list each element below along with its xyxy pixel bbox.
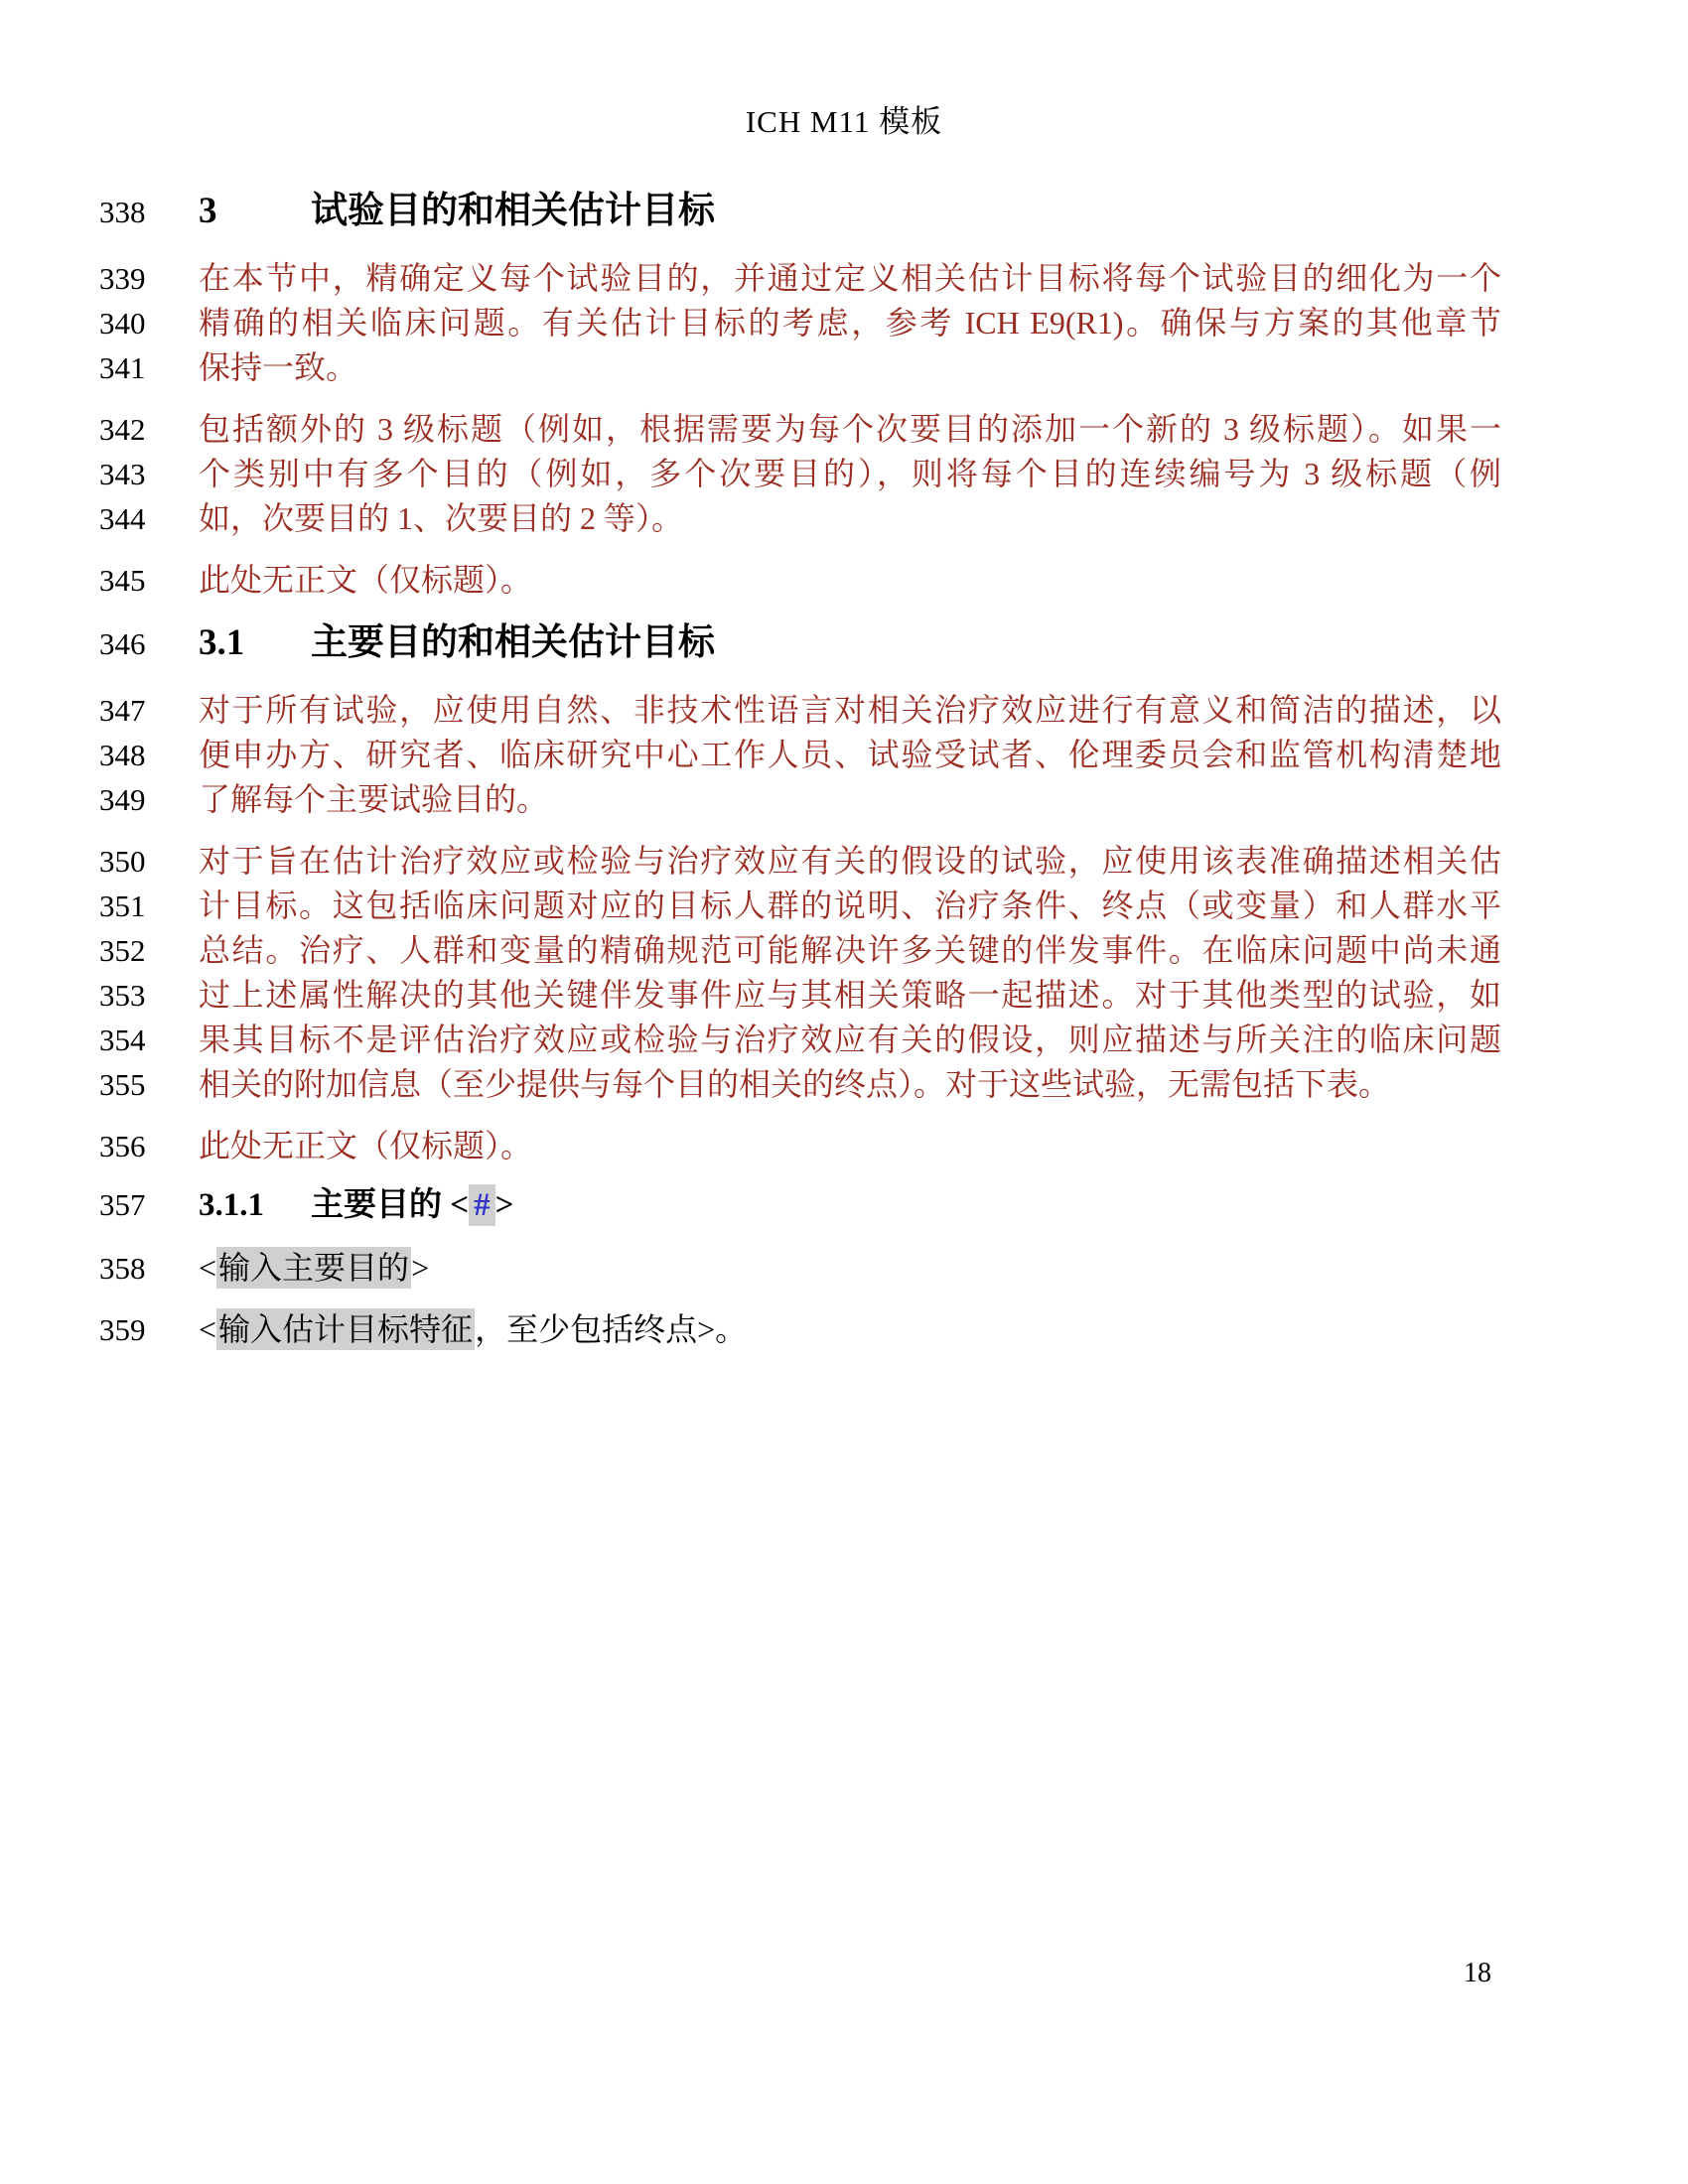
body-line: 352总结。治疗、人群和变量的精确规范可能解决许多关键的伴发事件。在临床问题中尚… bbox=[99, 928, 1501, 973]
form-placeholder-field: 输入估计目标特征 bbox=[216, 1308, 475, 1350]
body-line: 341保持一致。 bbox=[99, 345, 1501, 390]
heading-number: 3.1 bbox=[199, 616, 311, 670]
form-placeholder-field: 输入主要目的 bbox=[216, 1247, 411, 1289]
placeholder-text: > bbox=[411, 1250, 429, 1286]
line-number: 359 bbox=[99, 1308, 199, 1352]
line-text: 总结。治疗、人群和变量的精确规范可能解决许多关键的伴发事件。在临床问题中尚未通 bbox=[199, 928, 1501, 972]
heading-title: 主要目的和相关估计目标 bbox=[311, 622, 715, 663]
line-number: 347 bbox=[99, 689, 199, 733]
heading-title: > bbox=[495, 1187, 514, 1223]
line-number: 351 bbox=[99, 885, 199, 928]
body-line: 348便申办方、研究者、临床研究中心工作人员、试验受试者、伦理委员会和监管机构清… bbox=[99, 733, 1501, 777]
line-text: 相关的附加信息（至少提供与每个目的相关的终点）。对于这些试验，无需包括下表。 bbox=[199, 1062, 1501, 1106]
line-number: 338 bbox=[99, 186, 199, 239]
section-number-placeholder: # bbox=[469, 1184, 495, 1226]
body-line: 345此处无正文（仅标题）。 bbox=[99, 558, 1501, 603]
body-line: 340精确的相关临床问题。有关估计目标的考虑，参考 ICH E9(R1)。确保与… bbox=[99, 301, 1501, 345]
line-text: 3试验目的和相关估计目标 bbox=[199, 185, 1501, 238]
line-text: 了解每个主要试验目的。 bbox=[199, 777, 1501, 821]
line-number: 349 bbox=[99, 778, 199, 822]
line-text: 对于旨在估计治疗效应或检验与治疗效应有关的假设的试验，应使用该表准确描述相关估 bbox=[199, 839, 1501, 883]
document-content: 3383试验目的和相关估计目标339在本节中，精确定义每个试验目的，并通过定义相… bbox=[99, 185, 1501, 1352]
body-line: 350对于旨在估计治疗效应或检验与治疗效应有关的假设的试验，应使用该表准确描述相… bbox=[99, 839, 1501, 884]
body-line: 342包括额外的 3 级标题（例如，根据需要为每个次要目的添加一个新的 3 级标… bbox=[99, 407, 1501, 452]
body-line: 344如，次要目的 1、次要目的 2 等）。 bbox=[99, 496, 1501, 541]
body-line: 343个类别中有多个目的（例如，多个次要目的），则将每个目的连续编号为 3 级标… bbox=[99, 452, 1501, 496]
line-text: 过上述属性解决的其他关键伴发事件应与其相关策略一起描述。对于其他类型的试验，如 bbox=[199, 973, 1501, 1017]
line-number: 346 bbox=[99, 617, 199, 671]
line-text: 如，次要目的 1、次要目的 2 等）。 bbox=[199, 496, 1501, 540]
line-number: 341 bbox=[99, 346, 199, 390]
line-number: 358 bbox=[99, 1247, 199, 1291]
line-number: 353 bbox=[99, 974, 199, 1018]
line-text: 果其目标不是评估治疗效应或检验与治疗效应有关的假设，则应描述与所关注的临床问题 bbox=[199, 1018, 1501, 1061]
line-text: 此处无正文（仅标题）。 bbox=[199, 1124, 1501, 1167]
placeholder-line: 359<输入估计目标特征，至少包括终点>。 bbox=[99, 1307, 1501, 1352]
page-number: 18 bbox=[1464, 1958, 1491, 1989]
heading-number: 3.1.1 bbox=[199, 1181, 311, 1229]
line-number: 356 bbox=[99, 1125, 199, 1168]
heading-number: 3 bbox=[199, 185, 311, 238]
line-text: 保持一致。 bbox=[199, 345, 1501, 389]
document-page: ICH M11 模板 3383试验目的和相关估计目标339在本节中，精确定义每个… bbox=[0, 0, 1688, 2184]
line-number: 343 bbox=[99, 453, 199, 496]
placeholder-line: 358<输入主要目的> bbox=[99, 1246, 1501, 1291]
heading-line: 3463.1主要目的和相关估计目标 bbox=[99, 616, 1501, 671]
body-line: 339在本节中，精确定义每个试验目的，并通过定义相关估计目标将每个试验目的细化为… bbox=[99, 256, 1501, 301]
body-line: 356此处无正文（仅标题）。 bbox=[99, 1124, 1501, 1168]
line-text: 便申办方、研究者、临床研究中心工作人员、试验受试者、伦理委员会和监管机构清楚地 bbox=[199, 733, 1501, 776]
line-number: 355 bbox=[99, 1063, 199, 1107]
line-text: 包括额外的 3 级标题（例如，根据需要为每个次要目的添加一个新的 3 级标题）。… bbox=[199, 407, 1501, 451]
body-line: 351计目标。这包括临床问题对应的目标人群的说明、治疗条件、终点（或变量）和人群… bbox=[99, 884, 1501, 928]
body-line: 354果其目标不是评估治疗效应或检验与治疗效应有关的假设，则应描述与所关注的临床… bbox=[99, 1018, 1501, 1062]
placeholder-text: < bbox=[199, 1250, 216, 1286]
heading-title: 试验目的和相关估计目标 bbox=[311, 191, 715, 231]
line-number: 350 bbox=[99, 840, 199, 884]
line-number: 344 bbox=[99, 497, 199, 541]
line-text: 3.1.1主要目的 <#> bbox=[199, 1181, 1501, 1229]
placeholder-text: ，至少包括终点>。 bbox=[475, 1311, 747, 1347]
line-number: 340 bbox=[99, 302, 199, 345]
line-number: 354 bbox=[99, 1019, 199, 1062]
line-number: 348 bbox=[99, 734, 199, 777]
line-number: 339 bbox=[99, 257, 199, 301]
body-line: 349了解每个主要试验目的。 bbox=[99, 777, 1501, 822]
line-number: 342 bbox=[99, 408, 199, 452]
line-text: 对于所有试验，应使用自然、非技术性语言对相关治疗效应进行有意义和简洁的描述，以 bbox=[199, 688, 1501, 732]
line-text: 在本节中，精确定义每个试验目的，并通过定义相关估计目标将每个试验目的细化为一个 bbox=[199, 256, 1501, 300]
heading-line: 3383试验目的和相关估计目标 bbox=[99, 185, 1501, 239]
line-text: 此处无正文（仅标题）。 bbox=[199, 558, 1501, 602]
line-number: 345 bbox=[99, 559, 199, 603]
line-text: <输入主要目的> bbox=[199, 1246, 1501, 1290]
body-line: 353过上述属性解决的其他关键伴发事件应与其相关策略一起描述。对于其他类型的试验… bbox=[99, 973, 1501, 1018]
body-line: 355相关的附加信息（至少提供与每个目的相关的终点）。对于这些试验，无需包括下表… bbox=[99, 1062, 1501, 1107]
heading-title: 主要目的 < bbox=[311, 1187, 469, 1223]
line-number: 352 bbox=[99, 929, 199, 973]
line-text: <输入估计目标特征，至少包括终点>。 bbox=[199, 1307, 1501, 1351]
line-text: 计目标。这包括临床问题对应的目标人群的说明、治疗条件、终点（或变量）和人群水平 bbox=[199, 884, 1501, 927]
line-text: 精确的相关临床问题。有关估计目标的考虑，参考 ICH E9(R1)。确保与方案的… bbox=[199, 301, 1501, 344]
line-text: 3.1主要目的和相关估计目标 bbox=[199, 616, 1501, 670]
heading-line: 3573.1.1主要目的 <#> bbox=[99, 1181, 1501, 1229]
placeholder-text: < bbox=[199, 1311, 216, 1347]
line-number: 357 bbox=[99, 1181, 199, 1229]
document-header-title: ICH M11 模板 bbox=[0, 96, 1688, 141]
body-line: 347对于所有试验，应使用自然、非技术性语言对相关治疗效应进行有意义和简洁的描述… bbox=[99, 688, 1501, 733]
line-text: 个类别中有多个目的（例如，多个次要目的），则将每个目的连续编号为 3 级标题（例 bbox=[199, 452, 1501, 495]
